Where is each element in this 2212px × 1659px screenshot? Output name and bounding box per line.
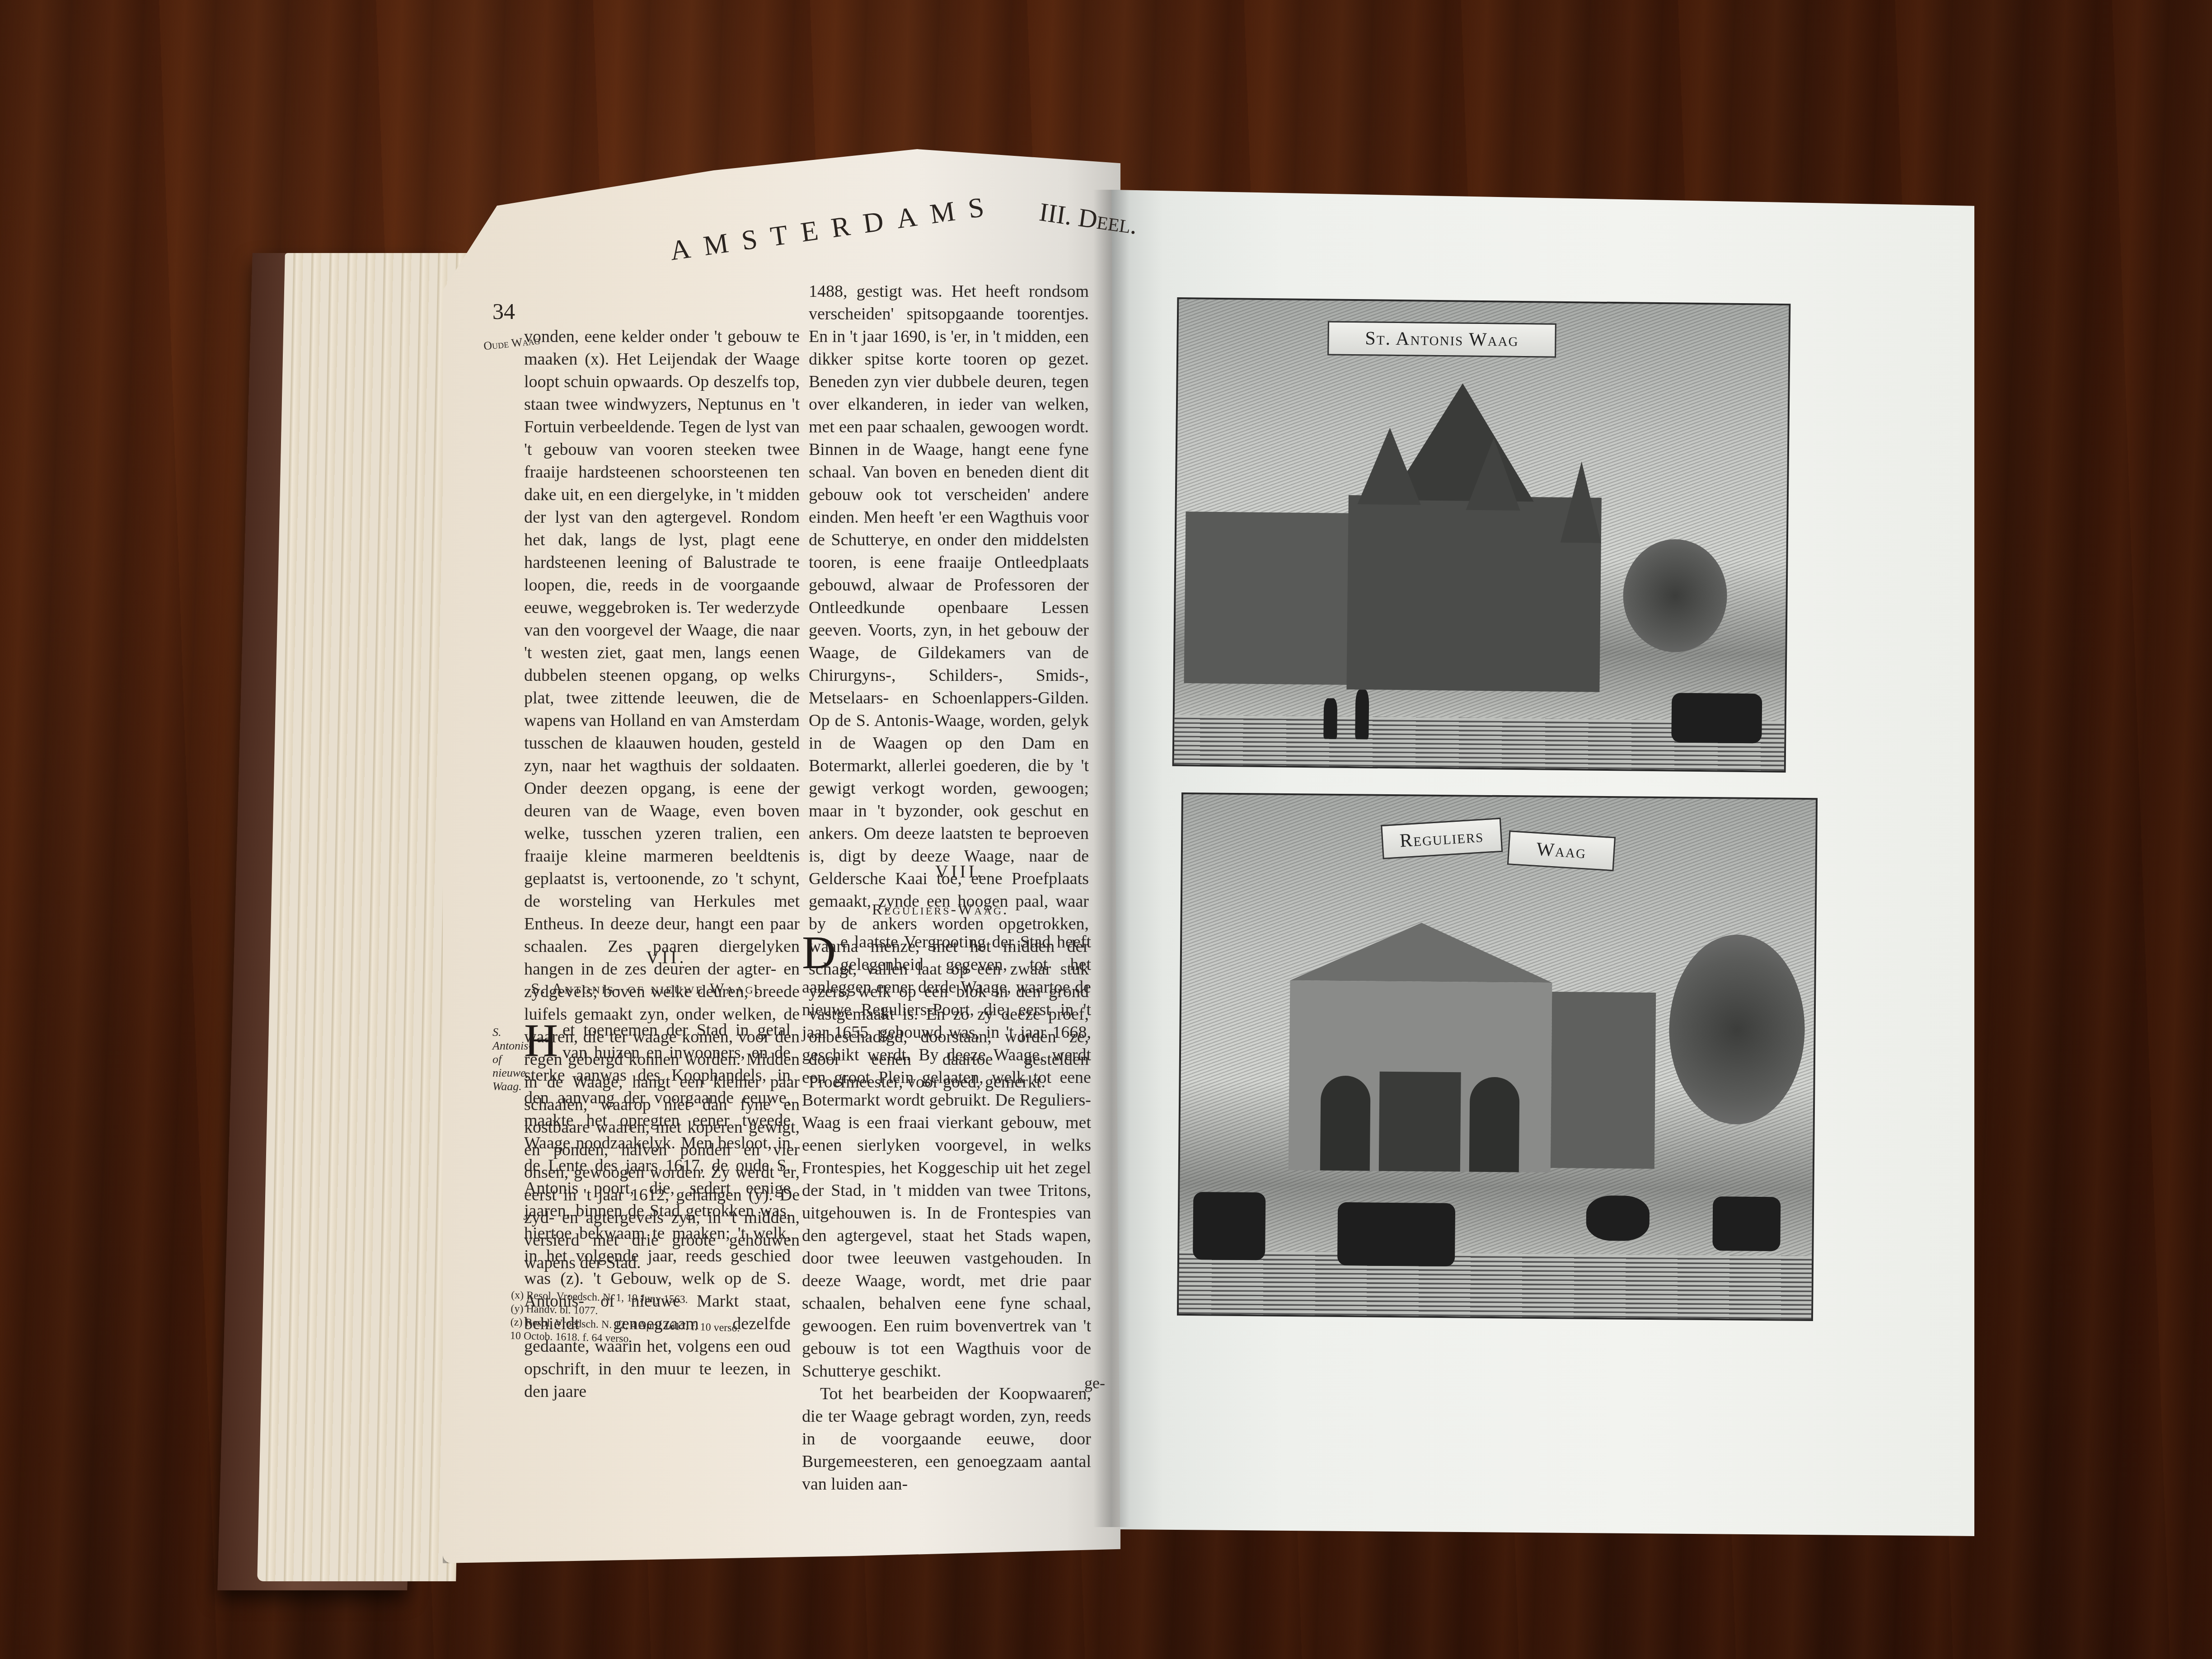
section-number-vii: VII.	[646, 947, 687, 968]
section-title-vii: S. Antonis- of nieuwe Waag.	[531, 980, 760, 998]
main-entrance	[1379, 1072, 1461, 1172]
figure	[1323, 698, 1337, 739]
banner-st-antonis-waag: St. Antonis Waag	[1327, 321, 1556, 357]
tower-spire	[1358, 427, 1422, 505]
engraving-reguliers-waag: Reguliers Waag	[1177, 792, 1818, 1321]
square-pavement	[1179, 1251, 1812, 1319]
tree	[1622, 539, 1728, 652]
trees	[1668, 934, 1806, 1125]
footnotes: (x) Resol. Vroedsch. N. 1, 19 Juny 1563.…	[510, 1289, 801, 1350]
houses-left	[1184, 511, 1358, 685]
catchword: ge-	[1084, 1373, 1105, 1392]
drop-cap: H	[524, 1021, 558, 1061]
paragraph: e laatste Vergrooting der Stad heeft gel…	[802, 933, 1091, 1381]
banner-waag: Waag	[1507, 830, 1616, 871]
arch-right	[1469, 1077, 1520, 1172]
crowd	[1337, 1202, 1455, 1266]
book-gutter	[1093, 190, 1129, 1527]
tower-spire	[1561, 461, 1602, 543]
arch-left	[1320, 1076, 1371, 1171]
tower-spire	[1466, 438, 1521, 511]
banner-reguliers: Reguliers	[1381, 818, 1503, 859]
drop-cap: D	[802, 933, 836, 973]
engraving-st-antonis-waag: St. Antonis Waag	[1172, 297, 1791, 773]
page-number: 34	[492, 298, 515, 324]
figure	[1355, 689, 1369, 739]
paragraph: Tot het bearbeiden der Koopwaaren, die t…	[802, 1382, 1091, 1495]
crowd	[1193, 1192, 1265, 1260]
waag-side	[1551, 992, 1656, 1169]
pediment-roof	[1290, 922, 1552, 983]
crowd	[1671, 693, 1762, 743]
section-title-viii: Reguliers-Waag.	[872, 901, 1009, 919]
horse	[1586, 1195, 1650, 1241]
section-number-viii: VIII.	[935, 861, 984, 882]
section-viii-text: D e laatste Vergrooting der Stad heeft g…	[802, 931, 1091, 1495]
figures-right	[1712, 1196, 1781, 1251]
